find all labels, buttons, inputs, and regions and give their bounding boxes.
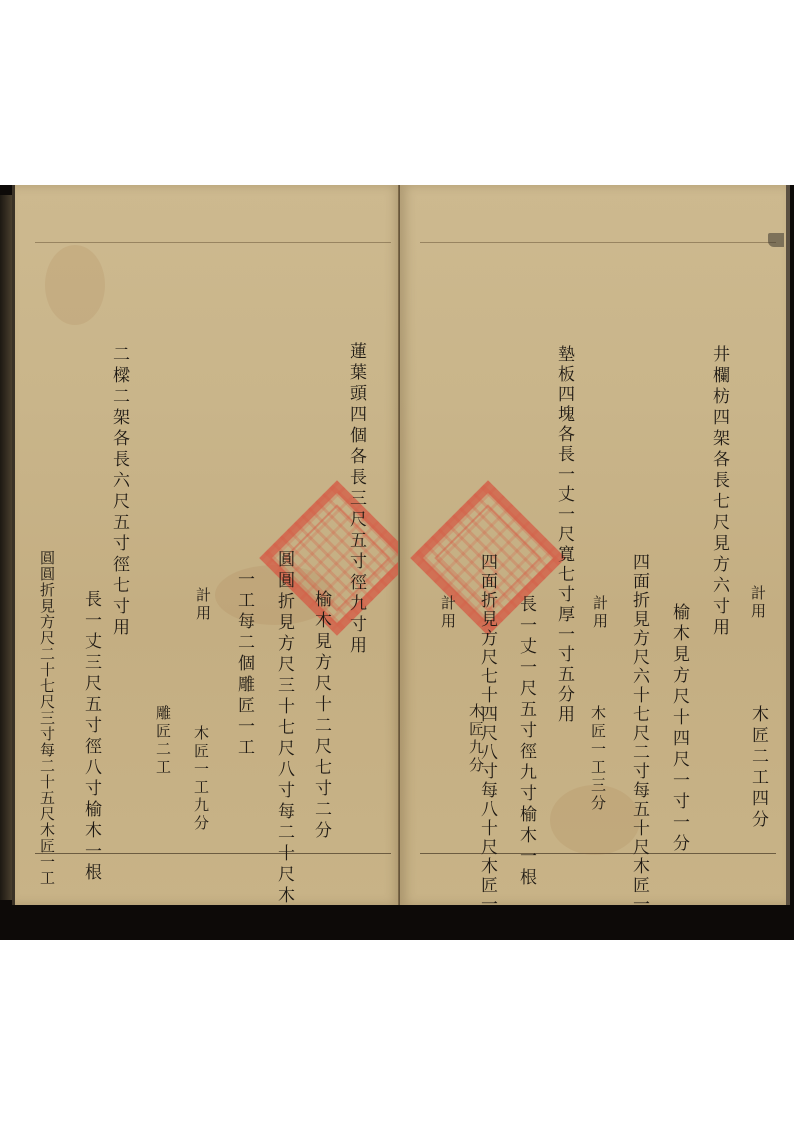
text-column: 木匠一工九分 bbox=[193, 725, 208, 833]
paper-stain bbox=[45, 245, 105, 325]
text-column: 墊板四塊各長一丈一尺寬七寸厚一寸五分用 bbox=[555, 345, 572, 725]
text-column: 一工每二個雕匠一工 bbox=[235, 570, 252, 759]
text-column: 蓮葉頭四個各長三尺五寸徑九寸用 bbox=[347, 342, 364, 657]
text-column: 圓圓折見方尺二十七尺三寸每二十五尺木匠一工 bbox=[39, 550, 54, 886]
text-column: 計用 bbox=[195, 587, 210, 623]
corner-stain bbox=[768, 233, 784, 247]
text-column: 木匠二工四分 bbox=[749, 705, 766, 831]
book-scan: 蓮葉頭四個各長三尺五寸徑九寸用 榆木見方尺十二尺七寸二分 圓圓折見方尺三十七尺八… bbox=[0, 185, 794, 940]
text-column: 井欄枋四架各長七尺見方六寸用 bbox=[710, 345, 727, 639]
text-column: 長一丈三尺五寸徑八寸榆木一根 bbox=[82, 590, 99, 884]
text-column: 四面折見方尺六十七尺二寸每五十尺木匠一工 bbox=[630, 553, 647, 905]
text-column: 木匠九分 bbox=[468, 703, 483, 775]
left-page: 蓮葉頭四個各長三尺五寸徑九寸用 榆木見方尺十二尺七寸二分 圓圓折見方尺三十七尺八… bbox=[12, 185, 401, 905]
page-top-rule bbox=[420, 242, 776, 243]
text-column: 二樑二架各長六尺五寸徑七寸用 bbox=[110, 345, 127, 639]
text-column: 計用 bbox=[750, 585, 765, 621]
text-column: 長一丈一尺五寸徑九寸榆木一根 bbox=[517, 595, 534, 889]
text-column: 圓圓折見方尺三十七尺八寸每二十尺木匠 bbox=[275, 550, 292, 905]
text-column: 計用 bbox=[440, 595, 455, 631]
text-column: 木匠一工三分 bbox=[590, 705, 605, 813]
text-column: 計用 bbox=[592, 595, 607, 631]
text-column: 雕匠二工 bbox=[155, 705, 170, 777]
right-page: 井欄枋四架各長七尺見方六寸用 計用 木匠二工四分 榆木見方尺十四尺一寸一分 四面… bbox=[400, 185, 790, 905]
page-top-rule bbox=[35, 242, 391, 243]
book-left-edge bbox=[0, 195, 12, 900]
text-column: 榆木見方尺十二尺七寸二分 bbox=[312, 590, 329, 842]
text-column: 榆木見方尺十四尺一寸一分 bbox=[670, 603, 687, 855]
